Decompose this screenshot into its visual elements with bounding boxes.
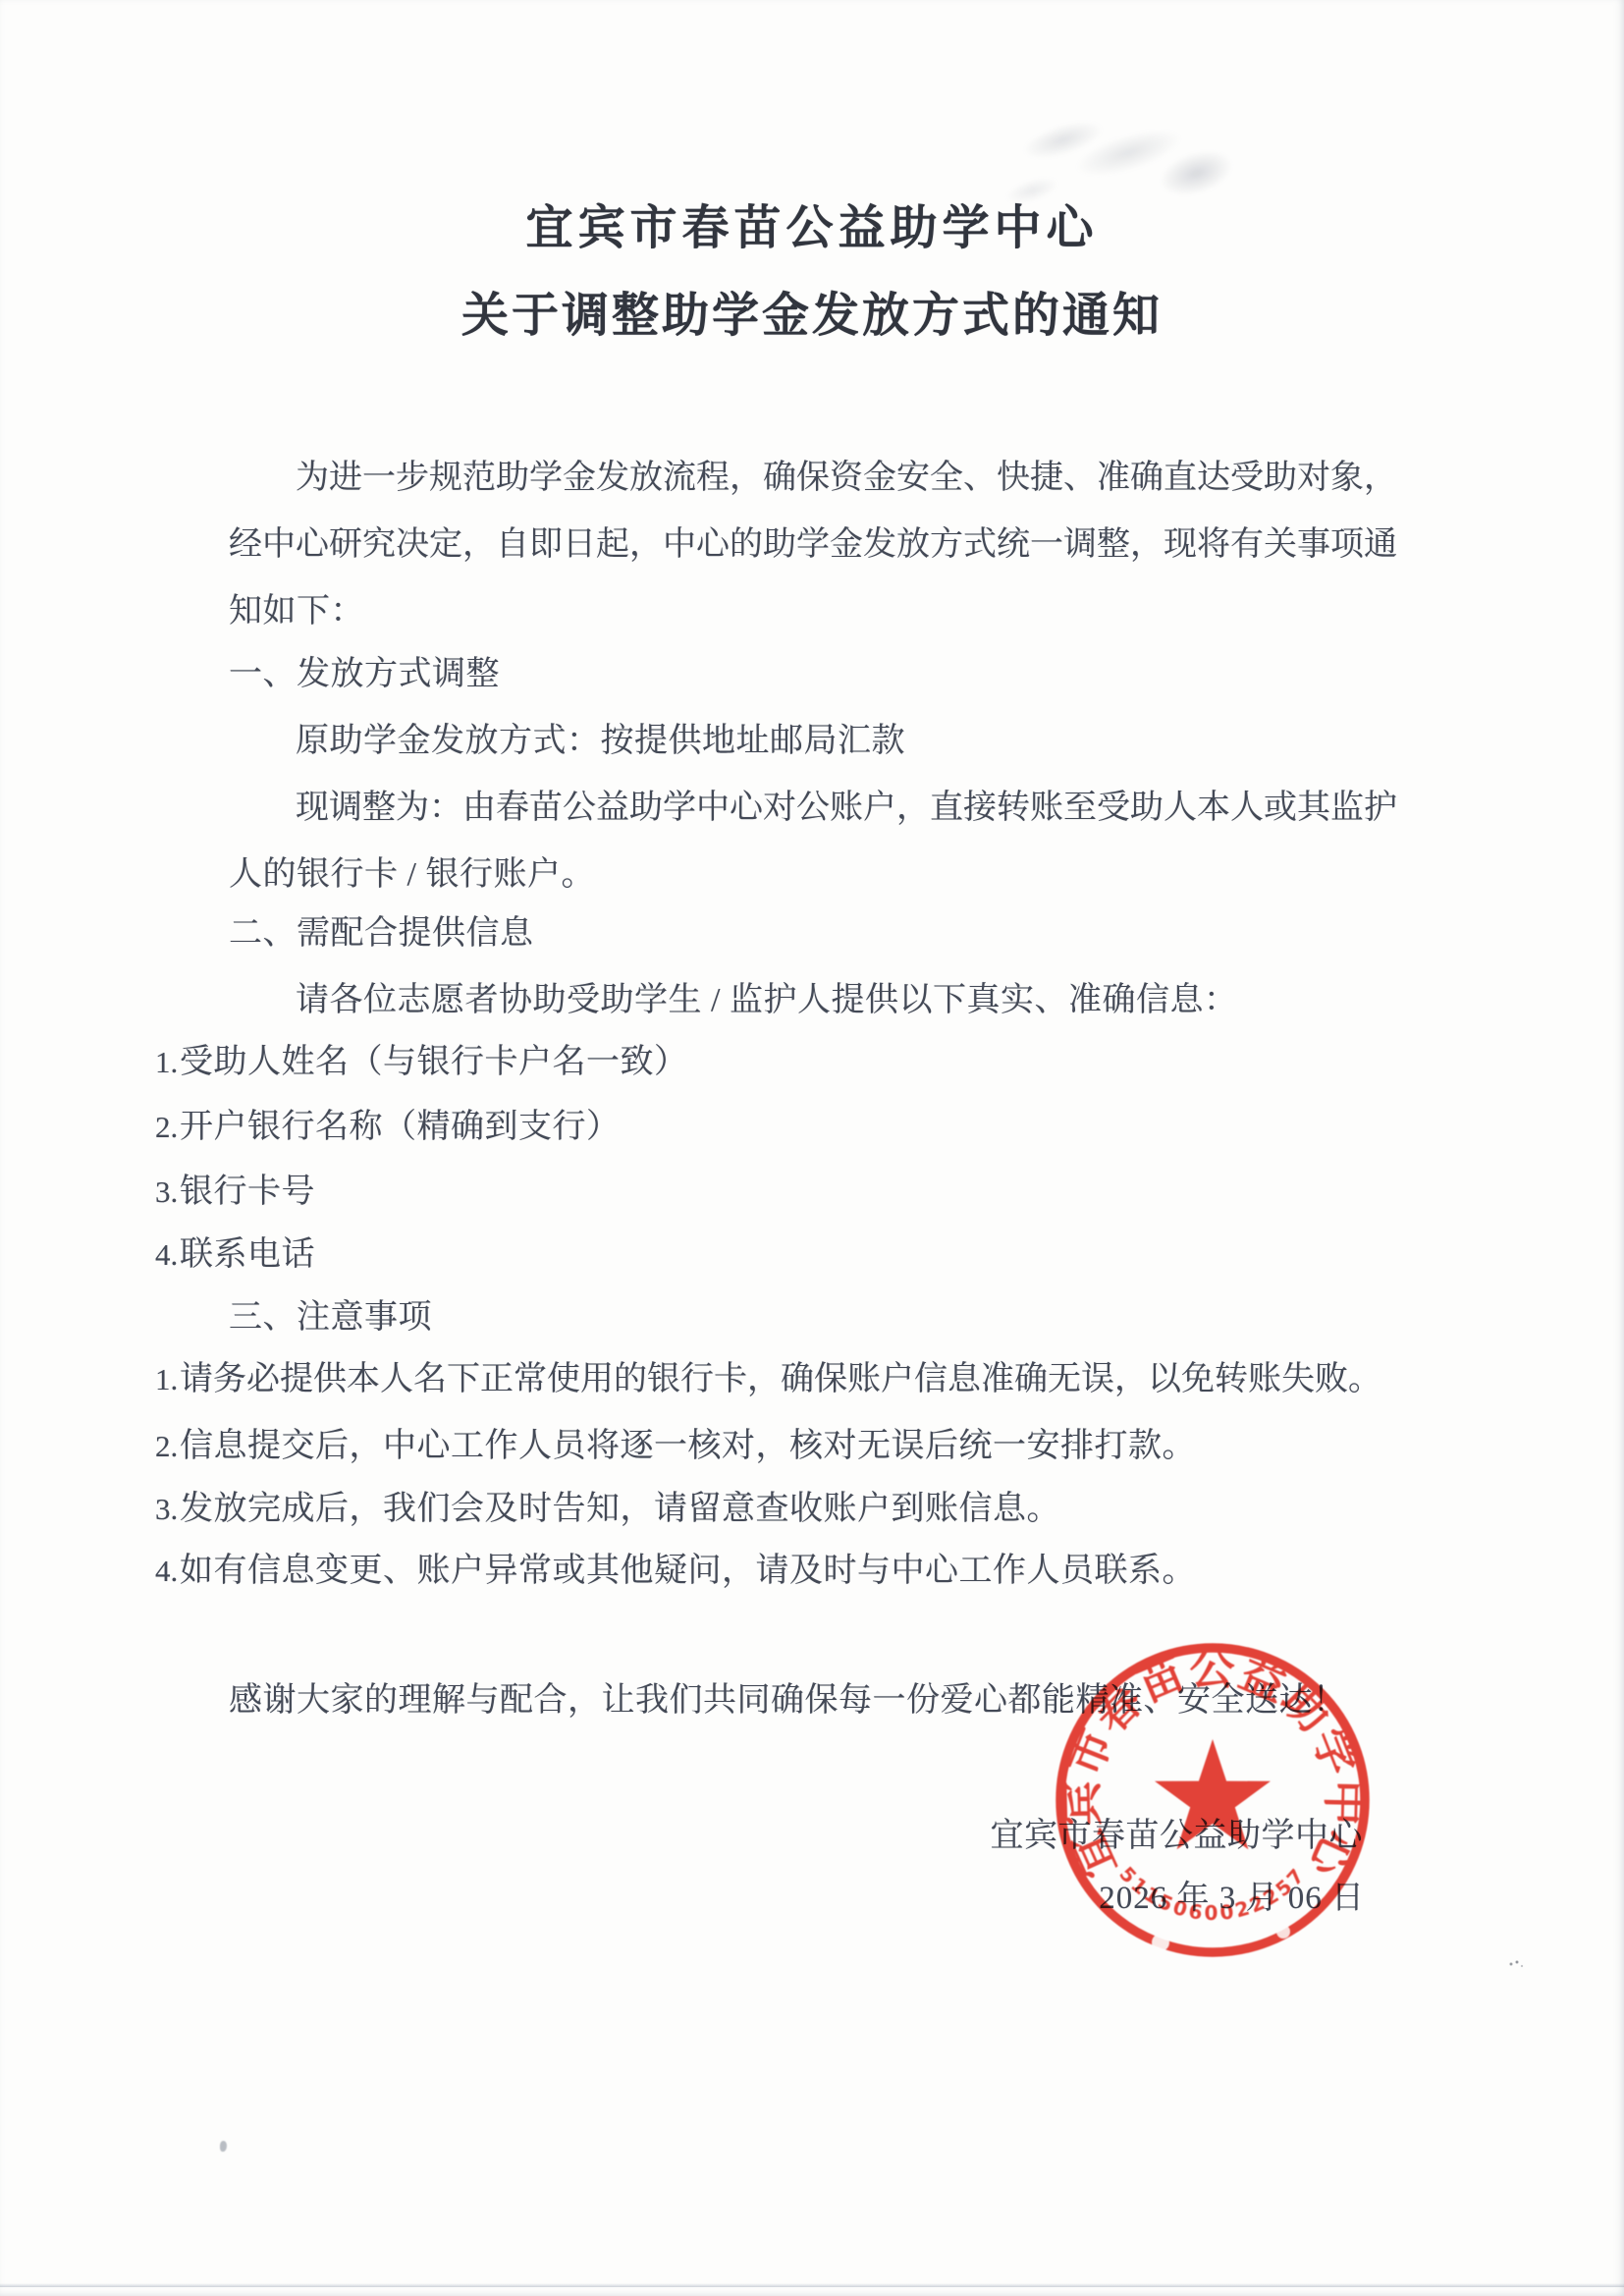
list-item-number: 4. (155, 1235, 180, 1276)
notice-title: 关于调整助学金发放方式的通知 (0, 286, 1624, 347)
section-2-heading: 二、需配合提供信息 (229, 912, 1486, 957)
intro-line-1: 为进一步规范助学金发放流程，确保资金安全、快捷、准确直达受助对象， (229, 457, 1486, 501)
info-list-item: 3.银行卡号 (155, 1171, 1412, 1215)
list-item-number: 1. (155, 1043, 180, 1083)
section-3-heading: 三、注意事项 (229, 1296, 1486, 1340)
section-1-paragraph-2-line-1: 现调整为：由春苗公益助学中心对公账户，直接转账至受助人本人或其监护 (229, 787, 1486, 831)
info-list-item: 4.联系电话 (155, 1233, 1412, 1278)
list-item-number: 2. (155, 1108, 180, 1148)
list-item-number: 3. (155, 1173, 180, 1213)
scanned-notice-page: 宜宾市春苗公益助学中心 关于调整助学金发放方式的通知 为进一步规范助学金发放流程… (0, 0, 1624, 2296)
list-item-text: 银行卡号 (180, 1174, 315, 1210)
svg-text:5115060022257: 5115060022257 (1114, 1862, 1310, 1925)
list-item-text: 受助人姓名（与银行卡户名一致） (180, 1044, 688, 1080)
intro-line-2: 经中心研究决定，自即日起，中心的助学金发放方式统一调整，现将有关事项通 (229, 523, 1486, 568)
star-icon (1155, 1739, 1271, 1849)
section-1-heading: 一、发放方式调整 (229, 653, 1486, 697)
intro-line-3: 知如下： (229, 590, 1486, 634)
seal-number: 5115060022257 (1114, 1862, 1310, 1925)
seal-ink-gap (1276, 1925, 1290, 1939)
note-list-item: 4.如有信息变更、账户异常或其他疑问，请及时与中心工作人员联系。 (155, 1550, 1412, 1594)
list-item-text: 请务必提供本人名下正常使用的银行卡，确保账户信息准确无误，以免转账失败。 (180, 1361, 1381, 1397)
list-item-number: 4. (155, 1552, 180, 1592)
list-item-text: 发放完成后，我们会及时告知，请留意查收账户到账信息。 (180, 1491, 1060, 1527)
list-item-number: 1. (155, 1360, 180, 1400)
scan-speck (220, 2141, 227, 2152)
section-1-paragraph-1: 原助学金发放方式：按提供地址邮局汇款 (229, 720, 1486, 764)
list-item-number: 2. (155, 1427, 180, 1467)
page-bottom-edge (0, 2283, 1624, 2287)
note-list-item: 2.信息提交后，中心工作人员将逐一核对，核对无误后统一安排打款。 (155, 1425, 1412, 1469)
list-item-text: 信息提交后，中心工作人员将逐一核对，核对无误后统一安排打款。 (180, 1428, 1196, 1464)
note-list-item: 1.请务必提供本人名下正常使用的银行卡，确保账户信息准确无误，以免转账失败。 (155, 1358, 1412, 1402)
list-item-number: 3. (155, 1490, 180, 1530)
info-list-item: 1.受助人姓名（与银行卡户名一致） (155, 1041, 1412, 1085)
note-list-item: 3.发放完成后，我们会及时告知，请留意查收账户到账信息。 (155, 1488, 1412, 1532)
official-seal-stamp: 宜宾市春苗公益助学中心 5115060022257 (1016, 1604, 1409, 1996)
list-item-text: 联系电话 (180, 1236, 315, 1273)
org-title: 宜宾市春苗公益助学中心 (0, 198, 1624, 259)
section-1-paragraph-2-line-2: 人的银行卡 / 银行账户。 (229, 853, 1486, 898)
info-list-item: 2.开户银行名称（精确到支行） (155, 1106, 1412, 1150)
seal-ink-gap (1152, 1934, 1169, 1951)
list-item-text: 开户银行名称（精确到支行） (180, 1109, 621, 1145)
scan-speck (1508, 1960, 1524, 1968)
section-2-intro: 请各位志愿者协助受助学生 / 监护人提供以下真实、准确信息： (229, 979, 1486, 1023)
list-item-text: 如有信息变更、账户异常或其他疑问，请及时与中心工作人员联系。 (180, 1553, 1196, 1589)
